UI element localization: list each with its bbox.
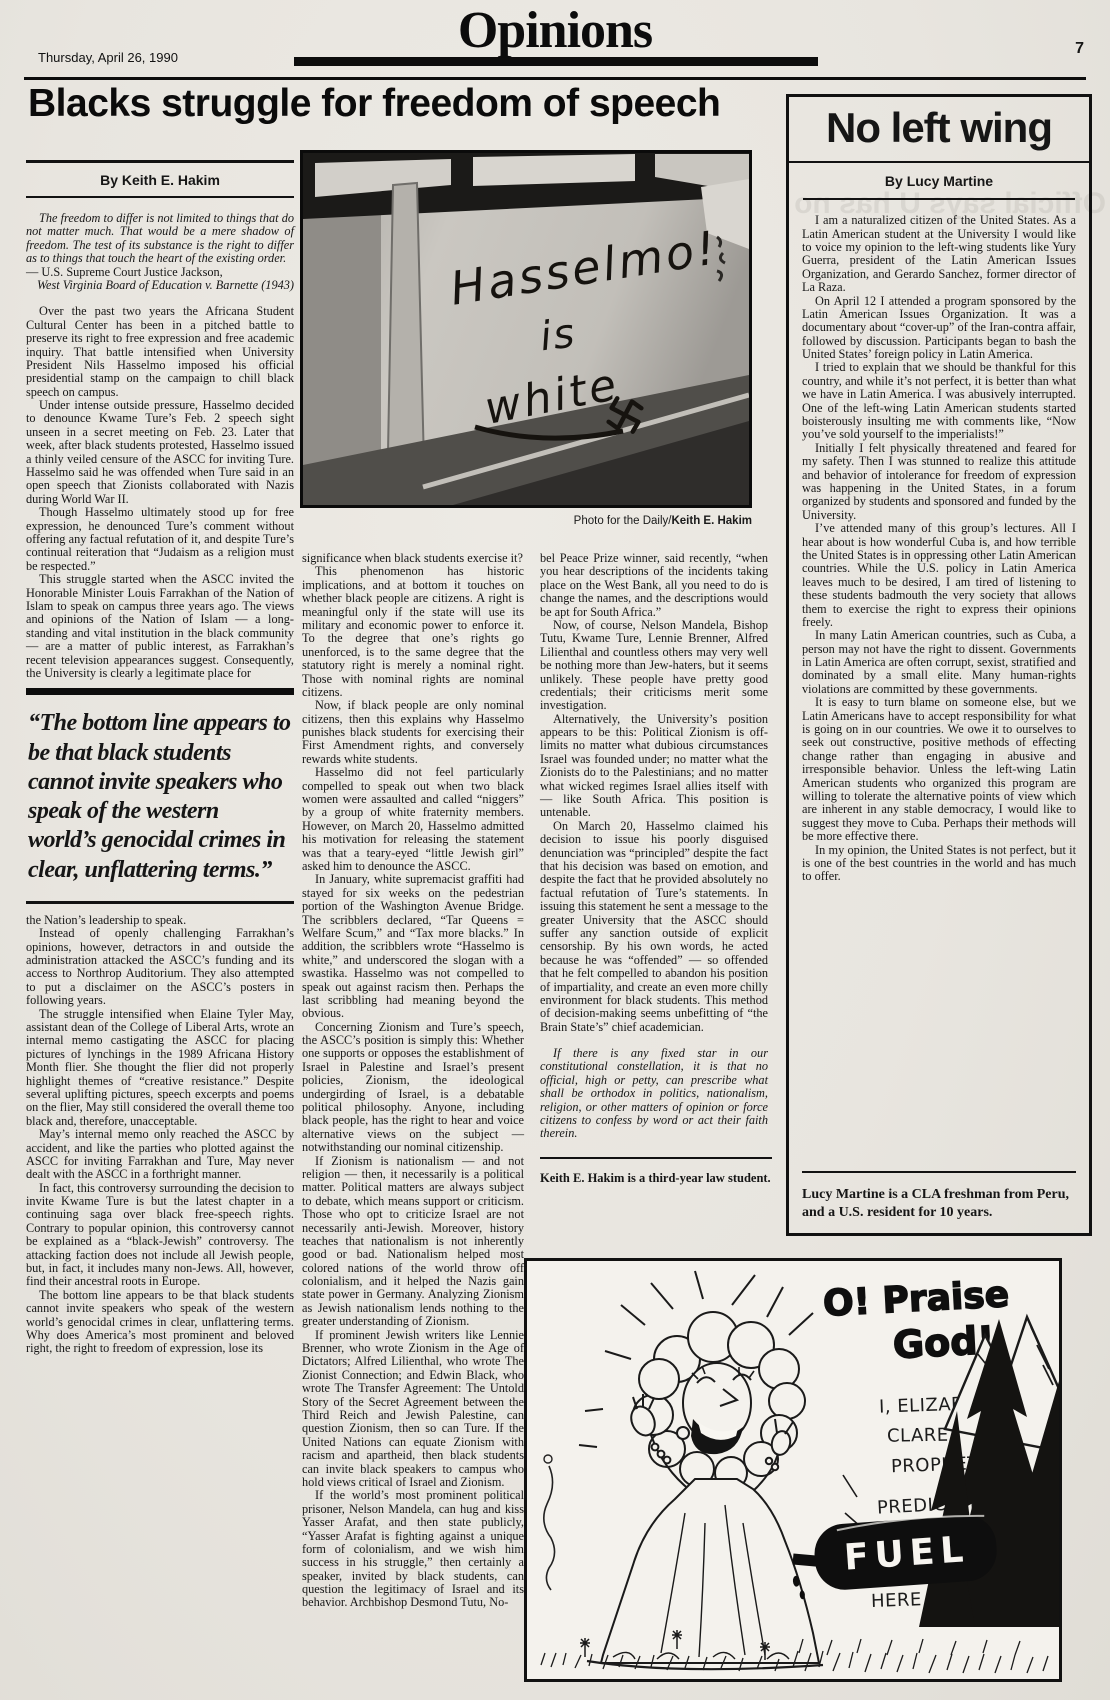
paragraph: On March 20, Hasselmo claimed his decisi…	[540, 820, 768, 1034]
paragraph: In my opinion, the United States is not …	[802, 844, 1076, 884]
paragraph: Hasselmo did not feel particularly compe…	[302, 766, 524, 873]
newspaper-page: Official says U has no Thursday, April 2…	[0, 0, 1110, 1700]
paragraph: On April 12 I attended a program sponsor…	[802, 295, 1076, 362]
column-1-paragraphs: Over the past two years the Africana Stu…	[26, 305, 294, 680]
paragraph: I tried to explain that we should be tha…	[802, 361, 1076, 441]
paragraph: It is easy to turn blame on someone else…	[802, 696, 1076, 843]
column-3-paragraphs: bel Peace Prize winner, said recently, “…	[540, 552, 768, 1034]
main-article-column-3: bel Peace Prize winner, said recently, “…	[540, 552, 768, 1186]
paragraph: Concerning Zionism and Ture’s speech, th…	[302, 1021, 524, 1155]
pull-quote-text: “The bottom line appears to be that blac…	[28, 709, 292, 885]
paragraph: Initially I felt physically threatened a…	[802, 442, 1076, 522]
side-article-body: I am a naturalized citizen of the United…	[789, 200, 1089, 1112]
main-article-column-1: By Keith E. Hakim The freedom to differ …	[26, 160, 294, 1356]
paragraph: This phenomenon has historic implication…	[302, 565, 524, 699]
cartoon-illustration: O! Praise God! I, ELIZABETH CLARE PROPHE…	[527, 1261, 1059, 1679]
closing-epigraph: If there is any fixed star in our consti…	[540, 1047, 768, 1141]
cartoon-woman-gown	[601, 1479, 819, 1663]
photo-caption-prefix: Photo for the Daily/	[574, 515, 672, 527]
paragraph: May’s internal memo only reached the ASC…	[26, 1128, 294, 1182]
paragraph: If prominent Jewish writers like Lennie …	[302, 1329, 524, 1490]
side-article-byline: By Lucy Martine	[803, 163, 1075, 200]
paragraph: Though Hasselmo ultimately stood up for …	[26, 506, 294, 573]
paragraph: Now, if black people are only nominal ci…	[302, 699, 524, 766]
news-photo-graffiti: Hasselmo! is white	[300, 150, 752, 508]
header-divider	[24, 77, 1086, 80]
paragraph: the Nation’s leadership to speak.	[26, 914, 294, 927]
epigraph-attribution-case: West Virginia Board of Education v. Barn…	[26, 279, 294, 292]
paragraph: Alternatively, the University’s position…	[540, 713, 768, 820]
paragraph: This struggle started when the ASCC invi…	[26, 573, 294, 680]
epigraph-attribution: — U.S. Supreme Court Justice Jackson,	[26, 266, 294, 279]
paragraph: I’ve attended many of this group’s lectu…	[802, 522, 1076, 629]
side-article-signature: Lucy Martine is a CLA freshman from Peru…	[802, 1171, 1076, 1221]
paragraph: If the world’s most prominent political …	[302, 1489, 524, 1610]
svg-text:is: is	[537, 310, 578, 360]
editorial-cartoon: O! Praise God! I, ELIZABETH CLARE PROPHE…	[524, 1258, 1062, 1682]
photo-caption-credit: Keith E. Hakim	[671, 515, 752, 527]
main-article-byline: By Keith E. Hakim	[26, 160, 294, 198]
pull-quote: “The bottom line appears to be that blac…	[26, 688, 294, 904]
main-article-column-2: significance when black students exercis…	[302, 552, 524, 1610]
paragraph: Now, of course, Nelson Mandela, Bishop T…	[540, 619, 768, 713]
side-article-headline: No left wing	[789, 97, 1089, 163]
section-masthead: Opinions	[0, 2, 1110, 59]
paragraph: The struggle intensified when Elaine Tyl…	[26, 1008, 294, 1129]
artist-signature-squiggle	[544, 1466, 555, 1590]
paragraph: bel Peace Prize winner, said recently, “…	[540, 552, 768, 619]
svg-text:O! Praise: O! Praise	[822, 1274, 1010, 1325]
paragraph: In many Latin American countries, such a…	[802, 629, 1076, 696]
svg-text:CLARE: CLARE	[887, 1425, 949, 1447]
fuel-tank-label: FUEL	[843, 1529, 971, 1579]
paragraph: Over the past two years the Africana Stu…	[26, 305, 294, 399]
signature-divider	[540, 1157, 772, 1159]
epigraph-quote: The freedom to differ is not limited to …	[26, 212, 294, 266]
paragraph: Under intense outside pressure, Hasselmo…	[26, 399, 294, 506]
main-article-headline: Blacks struggle for freedom of speech	[28, 84, 728, 125]
paragraph: The bottom line appears to be that black…	[26, 1289, 294, 1356]
photo-caption: Photo for the Daily/Keith E. Hakim	[300, 515, 752, 527]
paragraph: I am a naturalized citizen of the United…	[802, 214, 1076, 294]
paragraph: significance when black students exercis…	[302, 552, 524, 565]
paragraph: In fact, this controversy surrounding th…	[26, 1182, 294, 1289]
paragraph: Instead of openly challenging Farrakhan’…	[26, 927, 294, 1007]
paragraph: In January, white supremacist graffiti h…	[302, 873, 524, 1020]
photo-illustration: Hasselmo! is white	[303, 153, 749, 505]
side-article-box: No left wing By Lucy Martine I am a natu…	[786, 94, 1092, 1236]
main-article-signature: Keith E. Hakim is a third-year law stude…	[540, 1171, 812, 1186]
column-1-paragraphs-after-quote: the Nation’s leadership to speak.Instead…	[26, 914, 294, 1356]
paragraph: If Zionism is nationalism — and not reli…	[302, 1155, 524, 1329]
